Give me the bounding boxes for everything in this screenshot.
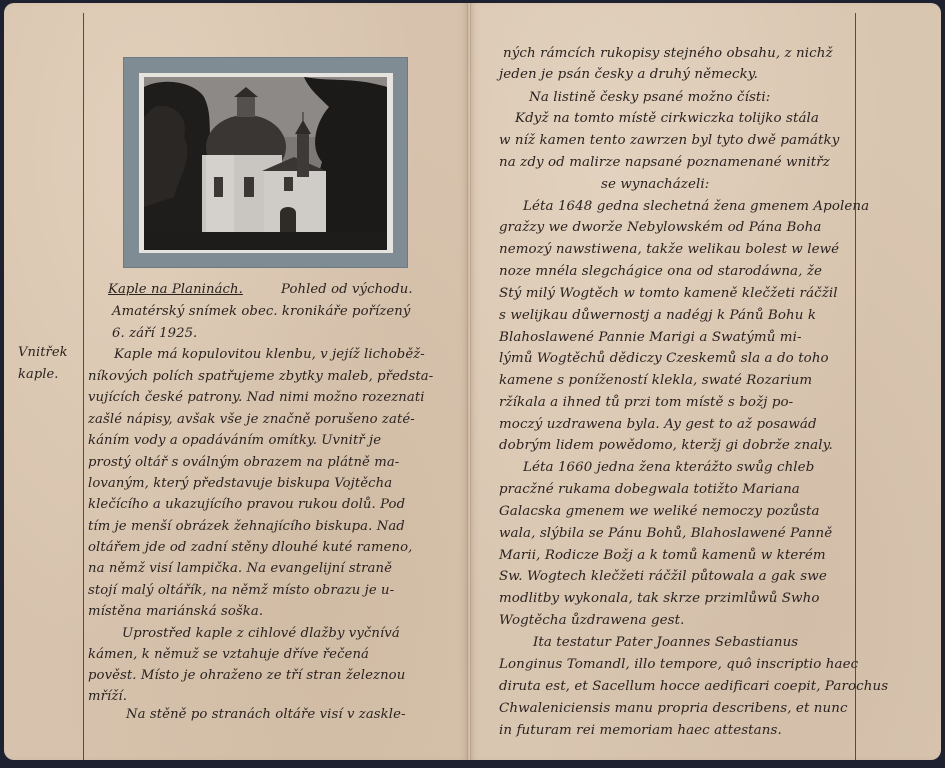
text-line: vujících české patrony. Nad nimi možno r… bbox=[88, 390, 425, 405]
text-line: Wogtěcha ůzdrawena gest. bbox=[499, 613, 684, 628]
margin-note-line-2: kaple. bbox=[18, 367, 59, 382]
text-line: Sw. Wogtech klečžeti ráčžil půtowala a g… bbox=[499, 569, 827, 584]
text-line: na zdy od malirze napsané poznamenané wn… bbox=[499, 155, 830, 170]
text-line: káním vody a opadáváním omítky. Uvnitř j… bbox=[88, 433, 381, 448]
text-line: Kaple má kopulovitou klenbu, v jejíž lic… bbox=[114, 347, 425, 362]
text-line: tím je menší obrázek žehnajícího biskupa… bbox=[88, 519, 405, 534]
text-line: klečícího a ukazujícího pravou rukou dol… bbox=[88, 497, 405, 512]
text-line: stojí malý oltářík, na němž místo obrazu… bbox=[88, 583, 394, 598]
right-margin-rule bbox=[855, 13, 856, 760]
text-line: Ita testatur Pater Joannes Sebastianus bbox=[533, 635, 798, 650]
right-page: ných rámcích rukopisy stejného obsahu, z… bbox=[469, 3, 941, 760]
text-line: Blahoslawené Pannie Marigi a Swatýmů mi- bbox=[499, 330, 802, 345]
left-page: Vnitřek kaple. bbox=[4, 3, 469, 760]
photo-caption-title: Kaple na Planinách. bbox=[108, 282, 243, 297]
text-line: noze mnéla slegchágice ona od starodáwna… bbox=[499, 264, 822, 279]
text-line: ržíkala a ihned tů przi tom místě s božj… bbox=[499, 395, 793, 410]
text-line: mříží. bbox=[88, 689, 127, 704]
text-line: in futuram rei memoriam haec attestans. bbox=[499, 723, 782, 738]
text-line: wala, slýbila se Pánu Bohů, Blahoslawené… bbox=[499, 526, 832, 541]
text-line: jeden je psán česky a druhý německy. bbox=[499, 67, 758, 82]
text-line: moczý uzdrawena byla. Ay gest to až posa… bbox=[499, 417, 817, 432]
text-line: diruta est, et Sacellum hocce aedificari… bbox=[499, 679, 888, 694]
text-line: w níž kamen tento zawrzen byl tyto dwě p… bbox=[499, 133, 839, 148]
text-line: Když na tomto místě cirkwiczka tolijko s… bbox=[515, 111, 819, 126]
text-line: Marii, Rodicze Božj a k tomů kamenů w kt… bbox=[499, 548, 826, 563]
chapel-image bbox=[144, 77, 387, 250]
text-line: Uprostřed kaple z cihlové dlažby vyčnívá bbox=[122, 626, 400, 641]
text-line: nemozý nawstiwena, takže welikau bolest … bbox=[499, 242, 839, 257]
text-line: Stý milý Wogtěch w tomto kameně klečžeti… bbox=[499, 286, 838, 301]
text-line: Longinus Tomandl, illo tempore, quô insc… bbox=[499, 657, 858, 672]
text-line: oltářem jde od zadní stěny dlouhé kuté r… bbox=[88, 540, 412, 555]
text-line: Galacska gmenem we weliké nemoczy pozůst… bbox=[499, 504, 820, 519]
text-line: Léta 1648 gedna slechetná žena gmenem Ap… bbox=[523, 199, 869, 214]
text-line: zašlé nápisy, avšak vše je značně poruše… bbox=[88, 412, 415, 427]
text-line: ných rámcích rukopisy stejného obsahu, z… bbox=[503, 46, 833, 61]
chapel-photograph bbox=[144, 77, 387, 250]
photo-mount bbox=[124, 58, 407, 267]
left-margin-rule bbox=[83, 13, 84, 760]
photo-caption-line-2: Amatérský snímek obec. kronikáře pořízen… bbox=[112, 304, 410, 319]
text-line: na němž visí lampička. Na evangelijní st… bbox=[88, 561, 392, 576]
text-line: Chwaleniciensis manu propria describens,… bbox=[499, 701, 848, 716]
text-line: Na listině česky psané možno čísti: bbox=[529, 90, 770, 105]
photo-caption-date: 6. září 1925. bbox=[112, 326, 197, 341]
text-line: modlitby wykonala, tak skrze przimlůwů S… bbox=[499, 591, 820, 606]
open-book: Vnitřek kaple. bbox=[4, 3, 941, 760]
text-line: kamene s ponížeností klekla, swaté Rozar… bbox=[499, 373, 812, 388]
text-line: prostý oltář s oválným obrazem na plátně… bbox=[88, 455, 399, 470]
text-line: pověst. Místo je ohraženo ze tří stran ž… bbox=[88, 668, 405, 683]
text-line: lýmů Wogtěchů dědiczy Czeskemů sla a do … bbox=[499, 351, 829, 366]
photo-caption-title-rest: Pohled od východu. bbox=[281, 282, 413, 297]
text-line: s welijkau důwernostj a nadégj k Pánů Bo… bbox=[499, 308, 816, 323]
text-line: níkových polích spatřujeme zbytky maleb,… bbox=[88, 369, 433, 384]
text-line: místěna mariánská soška. bbox=[88, 604, 263, 619]
text-line: Na stěně po stranách oltáře visí v zaskl… bbox=[126, 707, 406, 722]
photo-frame bbox=[139, 73, 393, 253]
margin-note-line-1: Vnitřek bbox=[18, 345, 68, 360]
book-spine bbox=[467, 3, 471, 760]
text-line: Léta 1660 jedna žena kterážto swůg chleb bbox=[523, 460, 814, 475]
text-line: pracžné rukama dobegwala totižto Mariana bbox=[499, 482, 800, 497]
text-line: lovaným, který představuje biskupa Vojtě… bbox=[88, 476, 392, 491]
text-line: kámen, k němuž se vztahuje dříve řečená bbox=[88, 647, 369, 662]
text-line: dobrým lidem powědomo, kteržj gi dobrže … bbox=[499, 438, 833, 453]
text-line: se wynacházeli: bbox=[601, 177, 709, 192]
text-line: gražzy we dworže Nebylowském od Pána Boh… bbox=[499, 220, 821, 235]
